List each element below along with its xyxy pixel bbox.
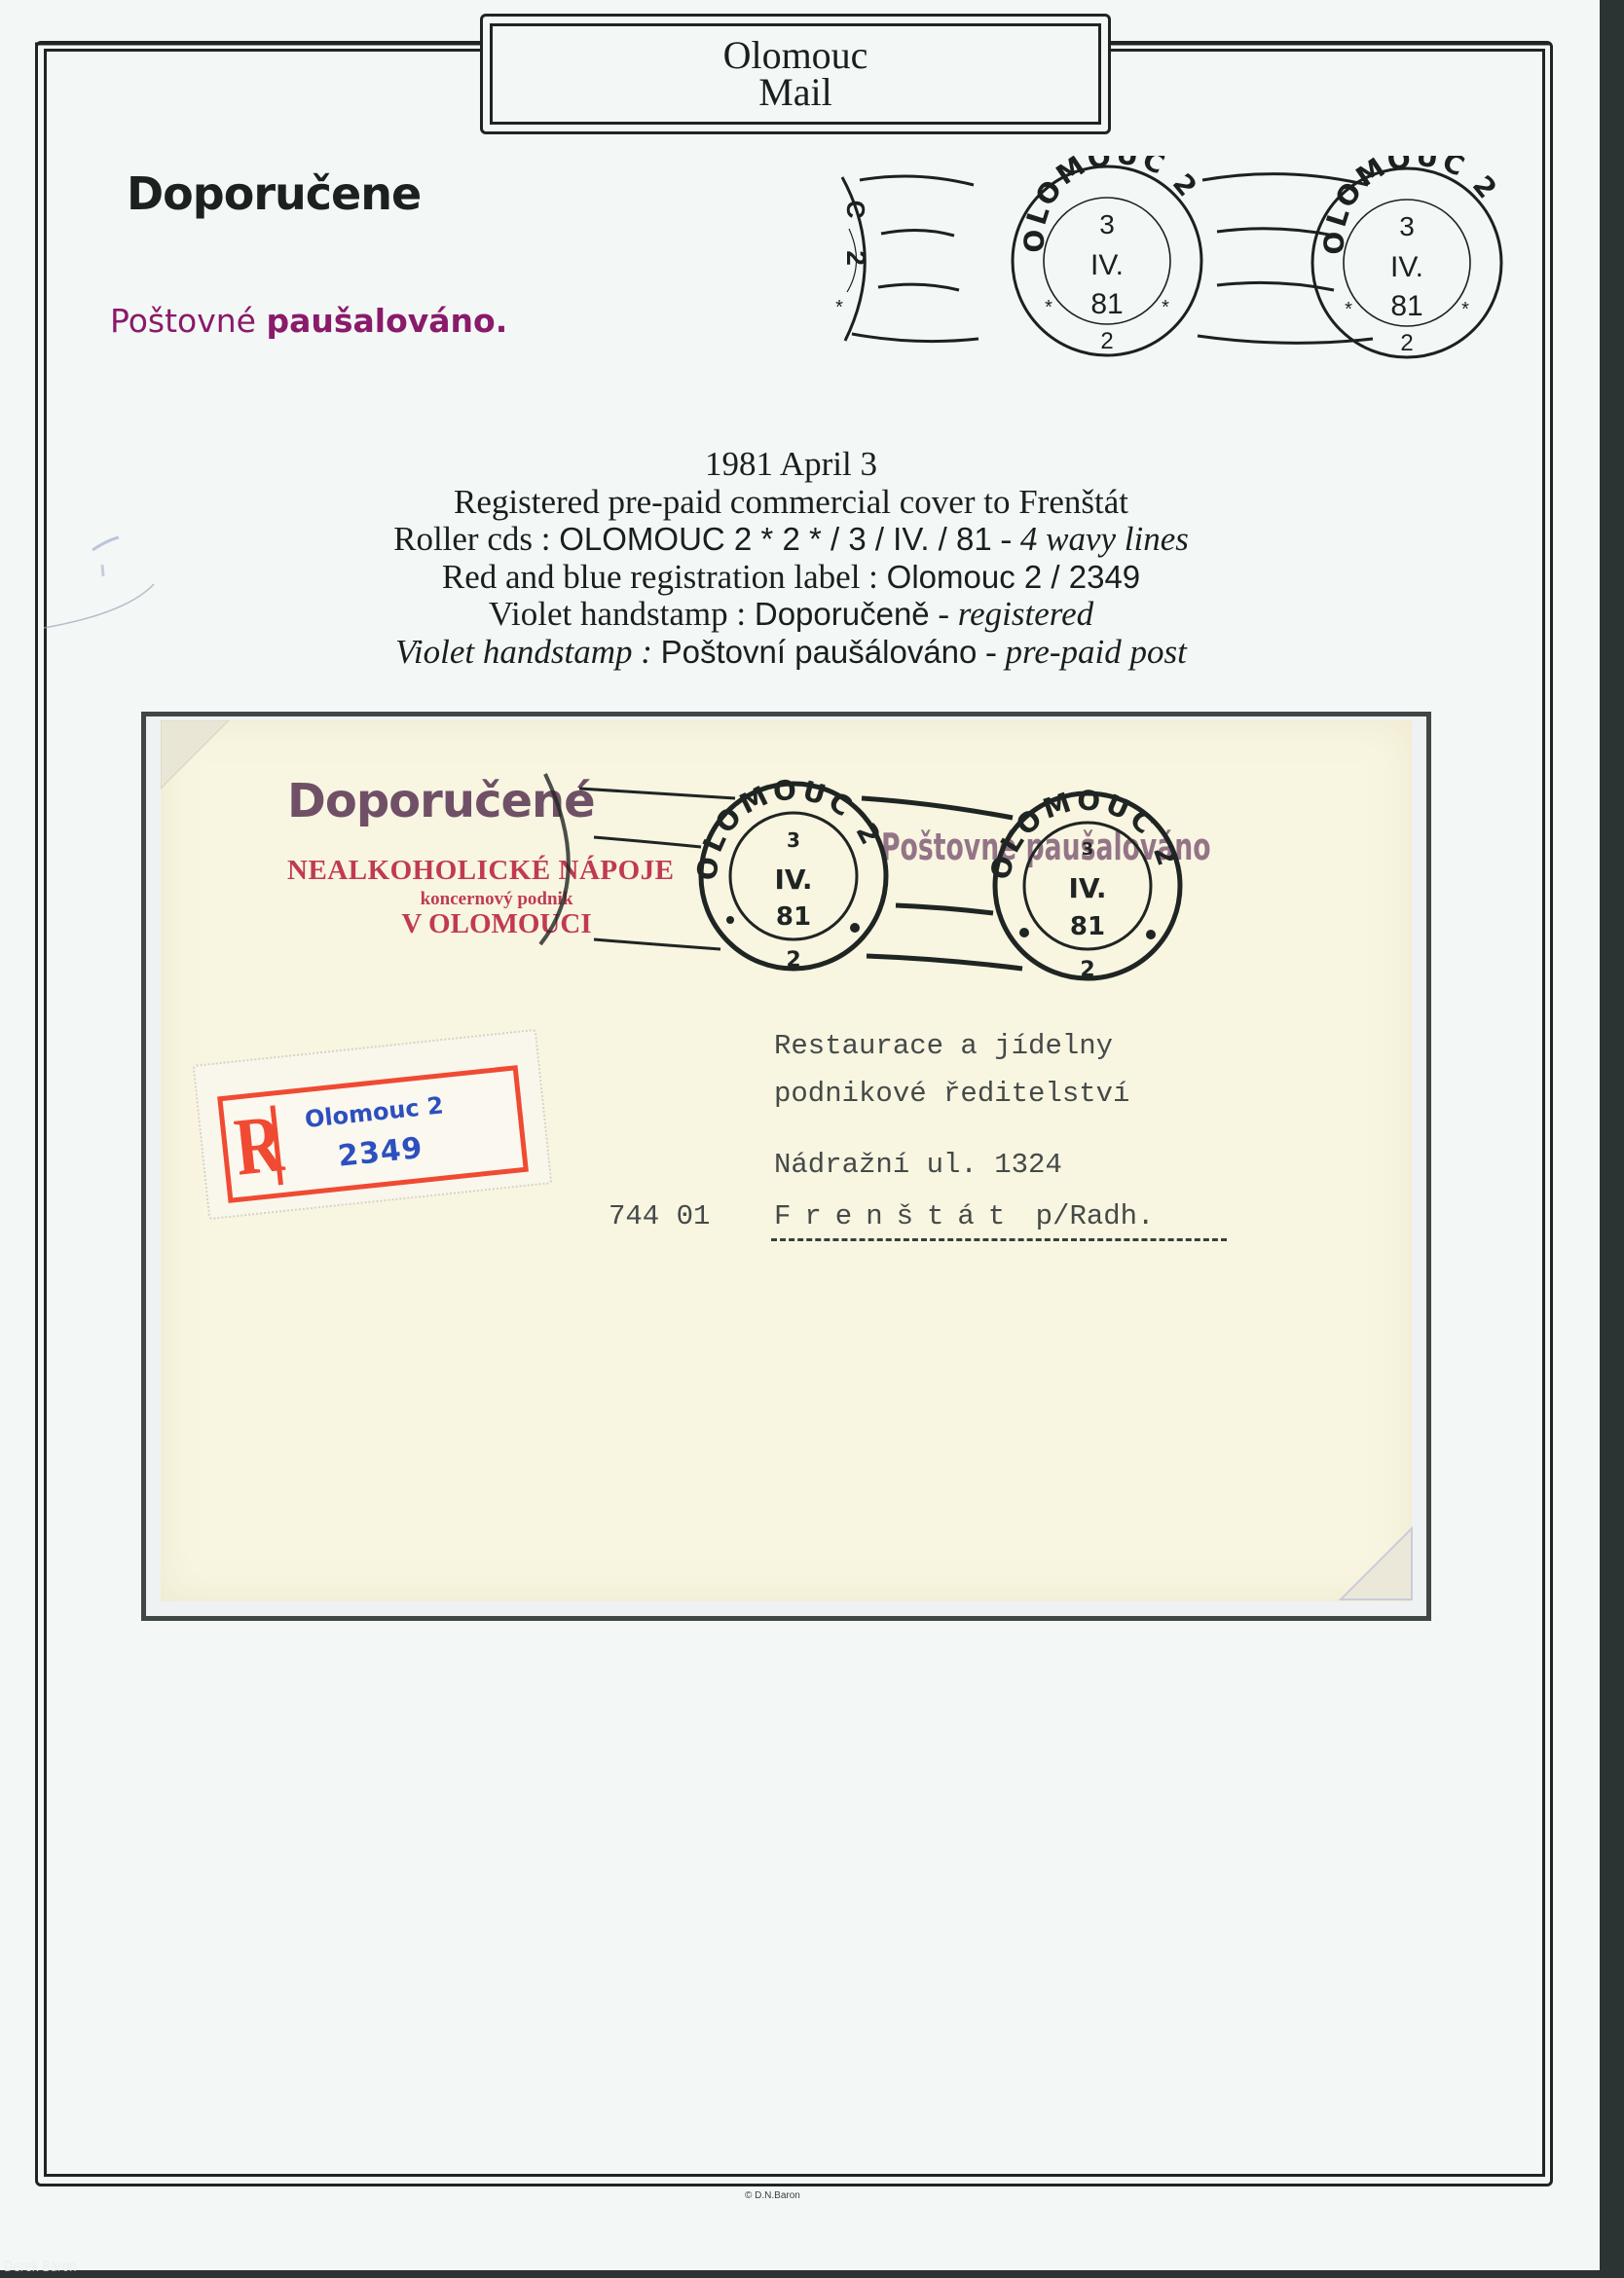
svg-text:2: 2 <box>841 250 871 266</box>
env-day-2: 3 <box>1082 839 1094 860</box>
address-underline <box>771 1238 1227 1241</box>
env-bottom-1: 2 <box>786 948 800 973</box>
registration-letter-r: R <box>232 1107 271 1188</box>
copyright: © D.N.Baron <box>745 2190 800 2201</box>
illus-year-1: 81 <box>1090 288 1123 320</box>
registration-label-line: Red and blue registration label : Olomou… <box>214 559 1368 597</box>
pencil-marks <box>39 506 195 643</box>
env-year-1: 81 <box>776 902 811 932</box>
svg-text:*: * <box>1162 297 1169 318</box>
illus-partial: C <box>841 201 870 219</box>
photo-corner-bottom-right <box>1339 1524 1417 1601</box>
illus-bottom-2: 2 <box>1400 330 1413 356</box>
svg-text:OLOMOUC 2: OLOMOUC 2 <box>984 784 1185 882</box>
env-year-2: 81 <box>1070 912 1105 941</box>
svg-text:*: * <box>1045 297 1052 318</box>
illus-day-2: 3 <box>1399 211 1415 241</box>
address-town: Frenštát p/Radh. <box>774 1200 1154 1232</box>
registration-number: 2349 <box>336 1131 424 1174</box>
address-town-suffix: p/Radh. <box>1018 1200 1154 1232</box>
illus-month-1: IV. <box>1090 249 1124 281</box>
registered-handstamp-line: Violet handstamp : Doporučeně - register… <box>214 596 1368 634</box>
env-bottom-2: 2 <box>1080 958 1094 982</box>
svg-text:*: * <box>1461 299 1469 320</box>
address-line2: podnikové ředitelství <box>774 1078 1129 1110</box>
prepaid-handstamp-illustration: Poštovné paušalováno. <box>110 302 507 340</box>
album-page: Olomouc Mail Doporučene Poštovné paušalo… <box>0 0 1600 2270</box>
env-month-2: IV. <box>1068 872 1106 904</box>
prepaid-part2: paušalováno. <box>266 302 507 340</box>
env-month-1: IV. <box>774 863 812 896</box>
cover-description: 1981 April 3 Registered pre-paid commerc… <box>214 446 1368 671</box>
roller-cds-line: Roller cds : OLOMOUC 2 * 2 * / 3 / IV. /… <box>214 521 1368 559</box>
address-town-name: Frenštát <box>774 1200 1018 1232</box>
illus-month-2: IV. <box>1390 251 1423 283</box>
cover-date: 1981 April 3 <box>214 446 1368 484</box>
env-day-1: 3 <box>787 828 800 852</box>
page-title: Olomouc <box>723 37 868 74</box>
prepaid-part1: Poštovné <box>110 302 256 340</box>
title-box-inner: Olomouc Mail <box>490 23 1101 125</box>
watermark: Derek Baron <box>4 2258 77 2275</box>
cover-summary: Registered pre-paid commercial cover to … <box>214 484 1368 522</box>
illus-year-2: 81 <box>1390 290 1422 322</box>
registered-handstamp-illustration: Doporučene <box>127 167 421 220</box>
registration-office: Olomouc 2 <box>304 1091 445 1133</box>
illus-day-1: 3 <box>1099 209 1115 239</box>
page-subtitle: Mail <box>758 74 832 111</box>
illus-bottom-1: 2 <box>1100 328 1113 354</box>
address-line1: Restaurace a jídelny <box>774 1030 1113 1062</box>
svg-text:*: * <box>835 297 843 318</box>
address-line3: Nádražní ul. 1324 <box>774 1149 1062 1181</box>
envelope-roller-cancel: OLOMOUC 2 OLOMOUC 2 3 IV. 81 2 3 IV. 81 … <box>526 750 1227 993</box>
address-postcode: 744 01 <box>609 1200 710 1232</box>
roller-cancel-illustration: OLOMOUC 2 OLOMOUC 2 3 IV. 81 2 * * 3 IV.… <box>828 156 1509 360</box>
svg-text:*: * <box>1345 299 1352 320</box>
photo-corner-top-left <box>161 720 239 798</box>
prepaid-handstamp-line: Violet handstamp : Poštovní paušálováno … <box>214 634 1368 672</box>
